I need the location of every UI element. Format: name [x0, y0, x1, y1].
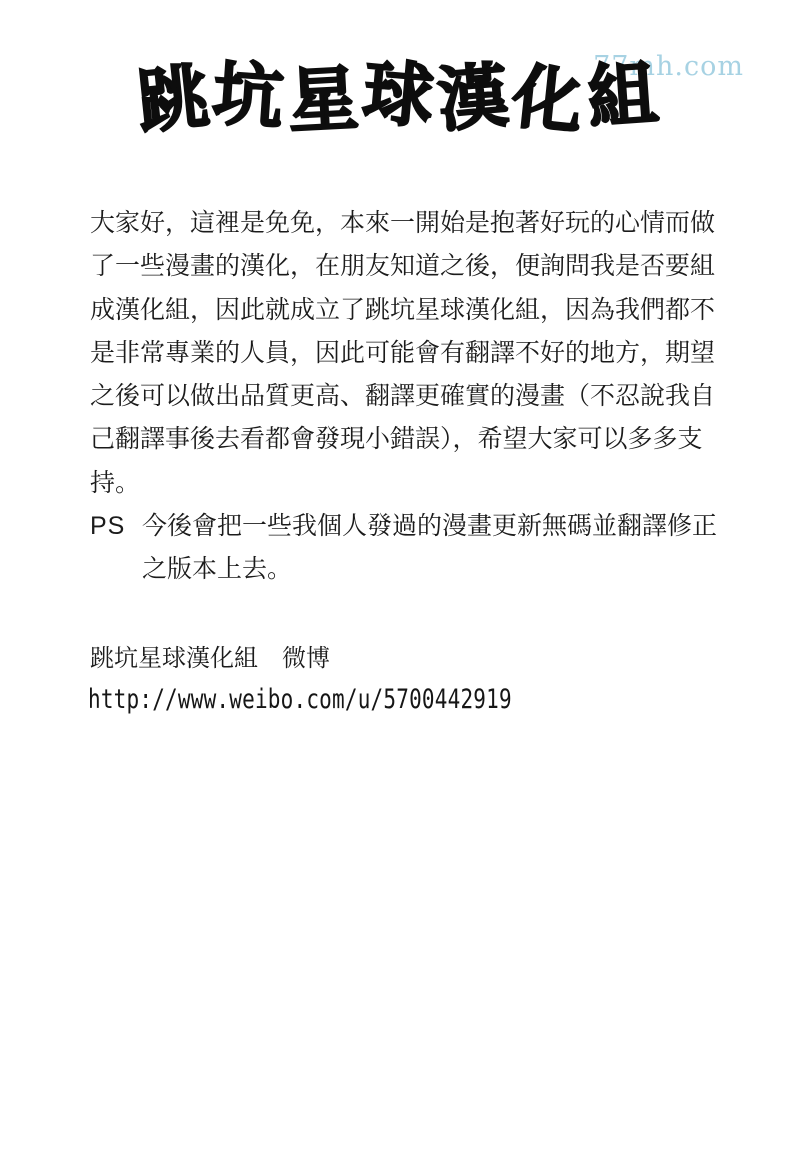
- ps-note: PS 今後會把一些我個人發過的漫畫更新無碼並翻譯修正: [90, 505, 740, 548]
- intro-line: 之後可以做出品質更高、翻譯更確實的漫畫（不忍說我自: [90, 375, 740, 418]
- intro-line: 大家好，這裡是免免，本來一開始是抱著好玩的心情而做: [90, 202, 740, 245]
- intro-line: 己翻譯事後去看都會發現小錯誤），希望大家可以多多支: [90, 418, 740, 461]
- intro-line: 持。: [90, 462, 740, 505]
- credits-page: 77mh.com 跳坑星球漢化組 大家好，這裡是免免，本來一開始是抱著好玩的心情…: [0, 0, 800, 1150]
- intro-line: 是非常專業的人員，因此可能會有翻譯不好的地方，期望: [90, 332, 740, 375]
- weibo-url: http://www.weibo.com/u/5700442919: [88, 684, 512, 714]
- ps-line: 今後會把一些我個人發過的漫畫更新無碼並翻譯修正: [142, 505, 717, 548]
- ps-label: PS: [90, 505, 142, 548]
- intro-paragraph: 大家好，這裡是免免，本來一開始是抱著好玩的心情而做 了一些漫畫的漢化，在朋友知道…: [90, 202, 740, 592]
- ps-line: 之版本上去。: [90, 548, 740, 591]
- group-weibo-label: 跳坑星球漢化組 微博: [90, 638, 330, 673]
- intro-line: 成漢化組，因此就成立了跳坑星球漢化組，因為我們都不: [90, 289, 740, 332]
- group-title: 跳坑星球漢化組: [0, 52, 800, 143]
- intro-line: 了一些漫畫的漢化，在朋友知道之後，便詢問我是否要組: [90, 245, 740, 288]
